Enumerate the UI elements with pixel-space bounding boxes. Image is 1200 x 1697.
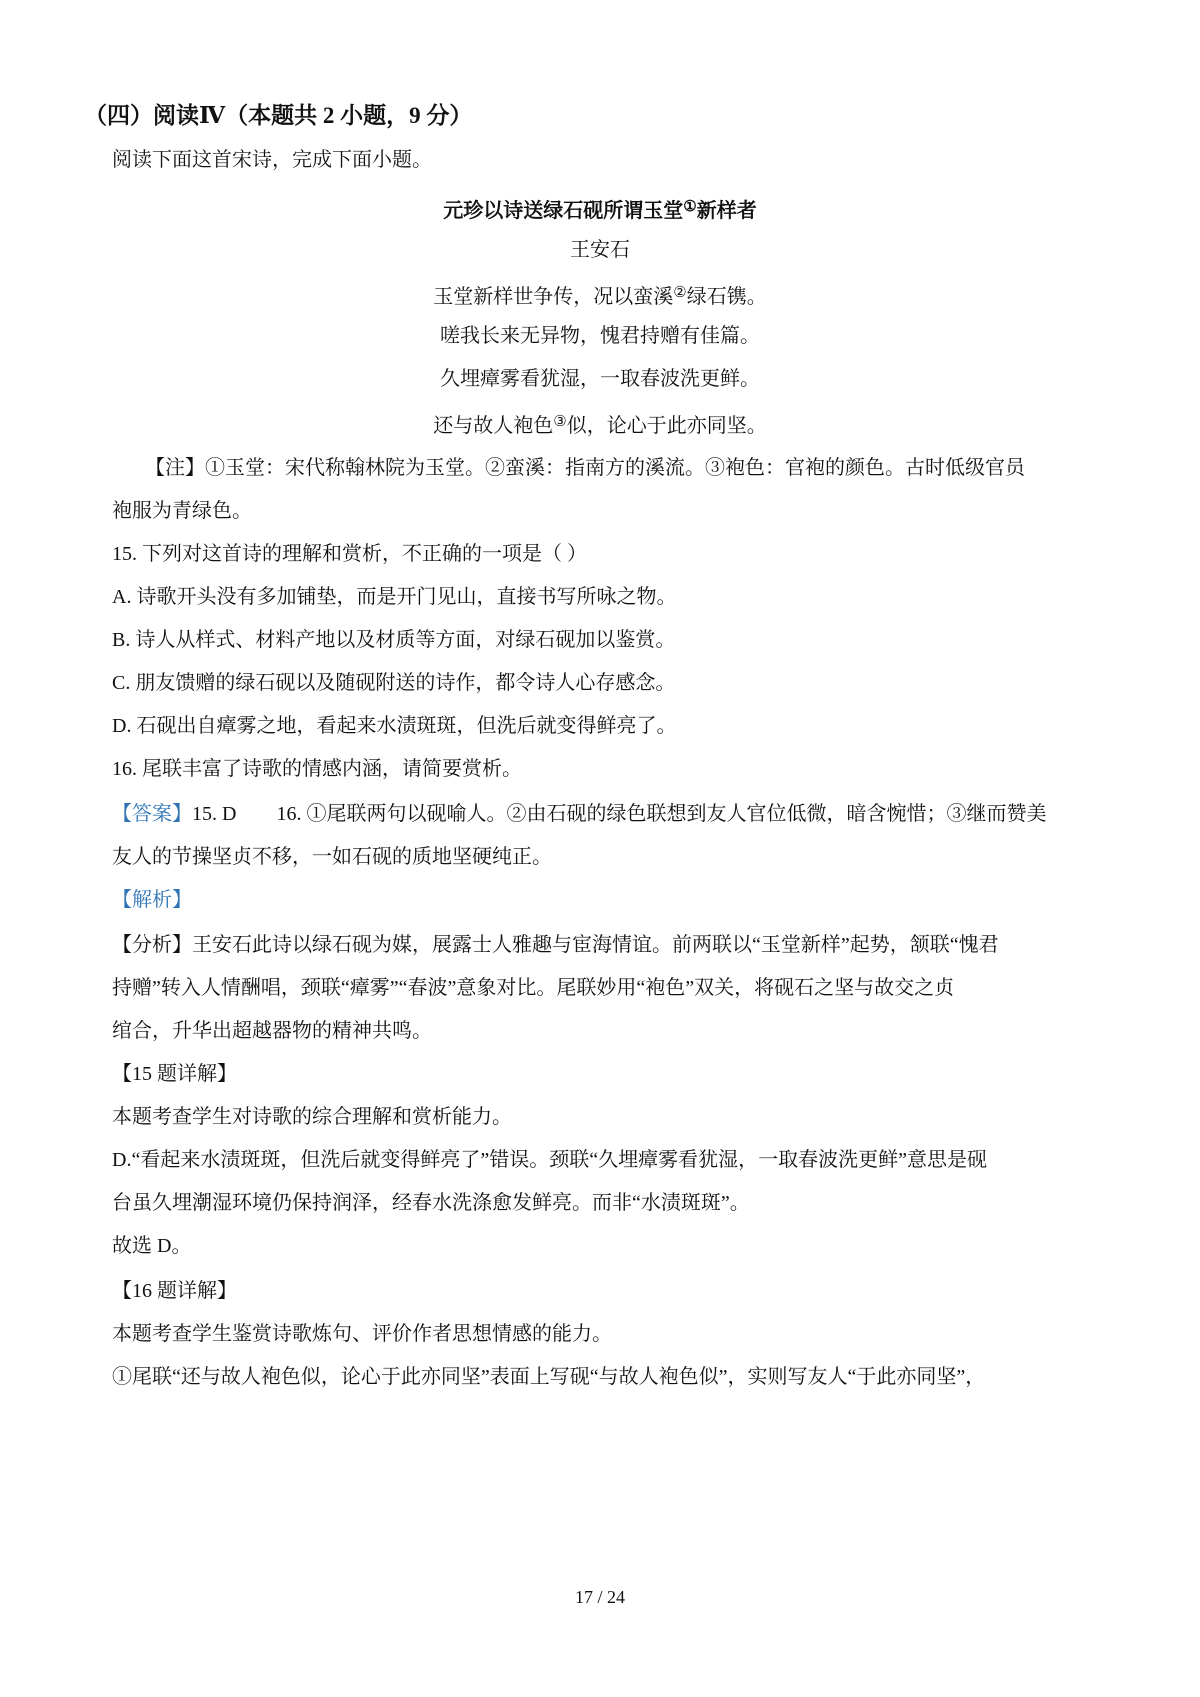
question-15-stem: 15. 下列对这首诗的理解和赏析，不正确的一项是（ ） [112,540,587,568]
answer-line: 友人的节操坚贞不移，一如石砚的质地坚硬纯正。 [112,843,552,871]
page-number: 17 / 24 [0,1583,1200,1611]
answer-label: 【答案】 [112,803,192,825]
poem-title: 元珍以诗送绿石砚所谓玉堂①新样者 [0,193,1200,225]
poem-line: 嗟我长来无异物，愧君持赠有佳篇。 [0,322,1200,350]
poem-line: 还与故人袍色③似，论心于此亦同坚。 [0,408,1200,440]
section-instruction: 阅读下面这首宋诗，完成下面小题。 [112,146,432,174]
option-c: C. 朋友馈赠的绿石砚以及随砚附送的诗作，都令诗人心存感念。 [112,669,675,697]
q16-detail-heading: 【16 题详解】 [112,1277,237,1305]
section-heading: （四）阅读Ⅳ（本题共 2 小题，9 分） [84,100,472,132]
analysis-text: 【分析】王安石此诗以绿石砚为媒，展露士人雅趣与宦海情谊。前两联以“玉堂新样”起势… [112,931,999,959]
poem-author: 王安石 [0,236,1200,264]
footnote-marker: ② [673,285,686,301]
footnote-marker: ③ [553,414,566,430]
q15-detail-text: 故选 D。 [112,1232,191,1260]
q15-detail-heading: 【15 题详解】 [112,1060,237,1088]
notes-line: 【注】①玉堂：宋代称翰林院为玉堂。②蛮溪：指南方的溪流。③袍色：官袍的颜色。古时… [145,454,1025,482]
question-16-stem: 16. 尾联丰富了诗歌的情感内涵，请简要赏析。 [112,755,522,783]
q15-detail-text: 台虽久埋潮湿环境仍保持润泽，经春水洗涤愈发鲜亮。而非“水渍斑斑”。 [112,1189,750,1217]
answer-line: 【答案】15. D 16. ①尾联两句以砚喻人。②由石砚的绿色联想到友人官位低微… [112,800,1046,828]
notes-line: 袍服为青绿色。 [112,497,252,525]
q15-detail-text: 本题考查学生对诗歌的综合理解和赏析能力。 [112,1103,512,1131]
q16-detail-text: ①尾联“还与故人袍色似，论心于此亦同坚”表面上写砚“与故人袍色似”，实则写友人“… [112,1363,985,1391]
option-b: B. 诗人从样式、材料产地以及材质等方面，对绿石砚加以鉴赏。 [112,626,675,654]
footnote-marker: ① [683,199,696,215]
q16-detail-text: 本题考查学生鉴赏诗歌炼句、评价作者思想情感的能力。 [112,1320,612,1348]
analysis-text: 持赠”转入人情酬唱，颈联“瘴雾”“春波”意象对比。尾联妙用“袍色”双关，将砚石之… [112,974,954,1002]
analysis-text: 绾合，升华出超越器物的精神共鸣。 [112,1017,432,1045]
option-a: A. 诗歌开头没有多加铺垫，而是开门见山，直接书写所咏之物。 [112,583,676,611]
option-d: D. 石砚出自瘴雾之地，看起来水渍斑斑，但洗后就变得鲜亮了。 [112,712,676,740]
poem-line: 久埋瘴雾看犹湿，一取春波洗更鲜。 [0,365,1200,393]
q15-detail-text: D.“看起来水渍斑斑，但洗后就变得鲜亮了”错误。颈联“久埋瘴雾看犹湿，一取春波洗… [112,1146,987,1174]
analysis-label: 【解析】 [112,886,192,914]
poem-line: 玉堂新样世争传，况以蛮溪②绿石镌。 [0,279,1200,311]
